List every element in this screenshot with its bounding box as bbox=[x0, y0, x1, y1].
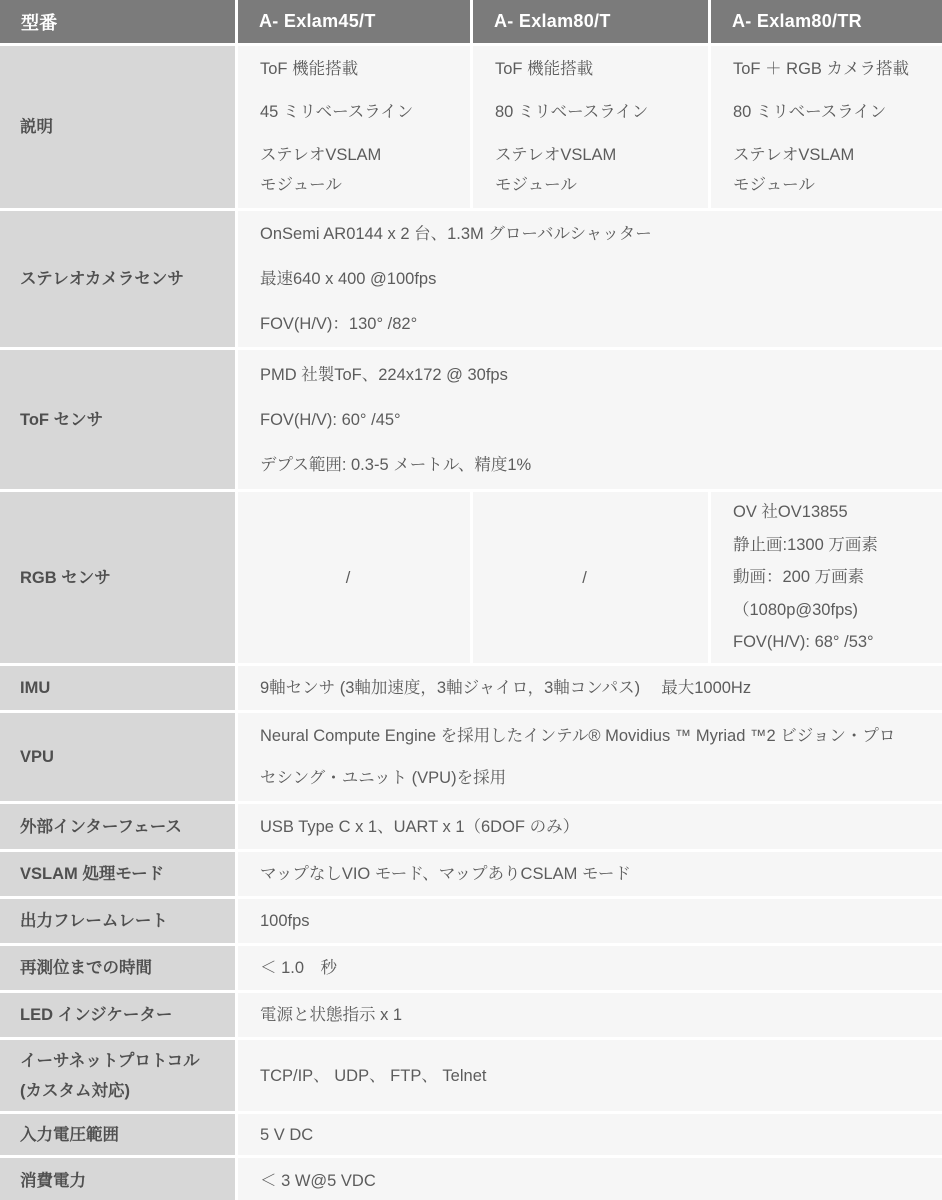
row-label-vslam-mode: VSLAM 処理モード bbox=[0, 852, 235, 896]
rgb-details-text: OV 社OV13855 静止画:1300 万画素 動画：200 万画素 （108… bbox=[733, 496, 930, 659]
header-model-exlam80t: A- Exlam80/T bbox=[473, 0, 708, 43]
relocalization-time-value: ＜ 1.0 秒 bbox=[238, 946, 942, 990]
led-indicator-value: 電源と状態指示 x 1 bbox=[238, 993, 942, 1037]
spec-paragraph: PMD 社製ToF、224x172 @ 30fps bbox=[260, 364, 930, 386]
description-exlam45t: ToF 機能搭載 45 ミリベースライン ステレオVSLAM モジュール bbox=[238, 46, 470, 208]
spec-paragraph: OnSemi AR0144 x 2 台、1.3M グローバルシャッター bbox=[260, 223, 930, 245]
ethernet-protocol-value: TCP/IP、 UDP、 FTP、 Telnet bbox=[238, 1040, 942, 1111]
description-exlam80tr: ToF ＋ RGB カメラ搭載 80 ミリベースライン ステレオVSLAM モジ… bbox=[711, 46, 942, 208]
row-label-description: 説明 bbox=[0, 46, 235, 208]
row-label-rgb: RGB センサ bbox=[0, 492, 235, 663]
header-model-exlam45t: A- Exlam45/T bbox=[238, 0, 470, 43]
description-paragraph: ステレオVSLAM モジュール bbox=[733, 140, 930, 200]
description-exlam80t: ToF 機能搭載 80 ミリベースライン ステレオVSLAM モジュール bbox=[473, 46, 708, 208]
output-framerate-value: 100fps bbox=[238, 899, 942, 943]
spec-paragraph: FOV(H/V)：130° /82° bbox=[260, 313, 930, 335]
row-label-input-voltage: 入力電圧範囲 bbox=[0, 1114, 235, 1155]
vslam-mode-value: マップなしVIO モード、マップありCSLAM モード bbox=[238, 852, 942, 896]
description-paragraph: ToF 機能搭載 bbox=[495, 54, 696, 84]
row-label-external-interface: 外部インターフェース bbox=[0, 804, 235, 849]
spec-table: 型番 A- Exlam45/T A- Exlam80/T A- Exlam80/… bbox=[0, 0, 942, 1200]
row-label-relocalization-time: 再測位までの時間 bbox=[0, 946, 235, 990]
row-label-output-framerate: 出力フレームレート bbox=[0, 899, 235, 943]
rgb-na-exlam45t: / bbox=[238, 492, 470, 663]
external-interface-value: USB Type C x 1、UART x 1（6DOF のみ） bbox=[238, 804, 942, 849]
spec-paragraph: デプス範囲: 0.3-5 メートル、精度1% bbox=[260, 454, 930, 476]
rgb-na-exlam80t: / bbox=[473, 492, 708, 663]
description-paragraph: ToF ＋ RGB カメラ搭載 bbox=[733, 54, 930, 84]
description-paragraph: ステレオVSLAM モジュール bbox=[260, 140, 458, 200]
vpu-value: Neural Compute Engine を採用したインテル® Movidiu… bbox=[238, 713, 942, 801]
row-label-power-consumption: 消費電力 bbox=[0, 1158, 235, 1200]
stereo-camera-value: OnSemi AR0144 x 2 台、1.3M グローバルシャッター 最速64… bbox=[238, 211, 942, 347]
row-label-tof: ToF センサ bbox=[0, 350, 235, 489]
rgb-details-exlam80tr: OV 社OV13855 静止画:1300 万画素 動画：200 万画素 （108… bbox=[711, 492, 942, 663]
row-label-imu: IMU bbox=[0, 666, 235, 710]
row-label-ethernet-protocol: イーサネットプロトコル (カスタム対応) bbox=[0, 1040, 235, 1111]
description-paragraph: ステレオVSLAM モジュール bbox=[495, 140, 696, 200]
input-voltage-value: 5 V DC bbox=[238, 1114, 942, 1155]
spec-paragraph: 最速640 x 400 @100fps bbox=[260, 268, 930, 290]
spec-paragraph: FOV(H/V): 60° /45° bbox=[260, 409, 930, 431]
imu-value: 9軸センサ (3軸加速度，3軸ジャイロ，3軸コンパス) 最大1000Hz bbox=[238, 666, 942, 710]
row-label-led-indicator: LED インジケーター bbox=[0, 993, 235, 1037]
header-model-exlam80tr: A- Exlam80/TR bbox=[711, 0, 942, 43]
description-paragraph: 45 ミリベースライン bbox=[260, 97, 458, 127]
tof-value: PMD 社製ToF、224x172 @ 30fps FOV(H/V): 60° … bbox=[238, 350, 942, 489]
description-paragraph: 80 ミリベースライン bbox=[495, 97, 696, 127]
row-label-vpu: VPU bbox=[0, 713, 235, 801]
row-label-stereo-camera: ステレオカメラセンサ bbox=[0, 211, 235, 347]
description-paragraph: 80 ミリベースライン bbox=[733, 97, 930, 127]
description-paragraph: ToF 機能搭載 bbox=[260, 54, 458, 84]
header-spec-label: 型番 bbox=[0, 0, 235, 43]
power-consumption-value: ＜ 3 W@5 VDC bbox=[238, 1158, 942, 1200]
